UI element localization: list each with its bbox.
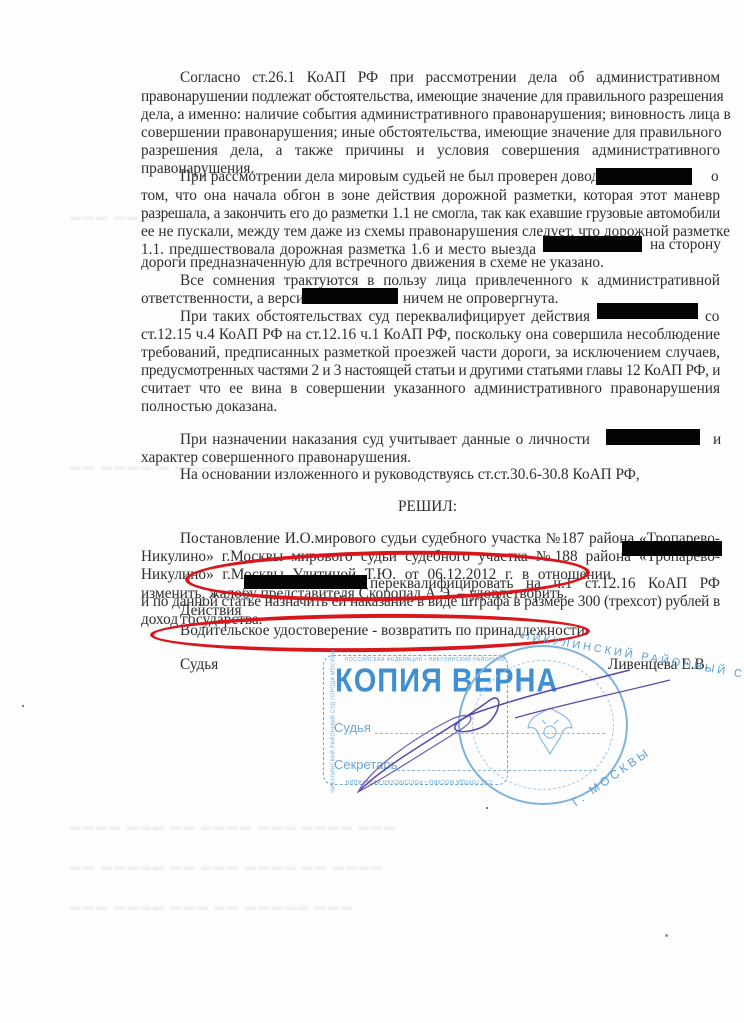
redaction-box — [302, 288, 398, 304]
paragraph-line: разрешения дела, а также причины и услов… — [141, 142, 720, 160]
signature-label: Судья — [180, 656, 218, 674]
paragraph-line: Все сомнения трактуются в пользу лица пр… — [180, 272, 720, 290]
paragraph-line: совершении правонарушения; иные обстояте… — [141, 124, 720, 142]
decision-heading: РЕШИЛ: — [398, 498, 457, 516]
paragraph-line: о — [711, 168, 719, 186]
paragraph-line: При рассмотрении дела мировым судьей не … — [180, 168, 590, 186]
paragraph-line: характер совершенного правонарушения. — [141, 449, 411, 467]
redaction-box — [622, 541, 722, 556]
scan-speck — [486, 807, 488, 809]
bleed-through-text: ▬▬▬ ▬▬▬▬ ▬▬▬ ▬▬ ▬▬▬▬▬ ▬▬▬ — [70, 900, 694, 914]
paragraph-line: дороги предназначенную для встречного дв… — [141, 254, 604, 272]
redaction-box — [543, 236, 642, 252]
paragraph-line: правонарушении подлежат обстоятельства, … — [141, 88, 720, 106]
paragraph-line: считает что ее вина в совершении указанн… — [141, 380, 720, 398]
paragraph-line: ст.12.15 ч.4 КоАП РФ на ст.12.16 ч.1 КоА… — [141, 326, 720, 344]
paragraph-line: При назначении наказания суд учитывает д… — [180, 431, 590, 449]
paragraph-line: ответственности, а версия — [141, 290, 311, 308]
paragraph-line: При таких обстоятельствах суд переквалиф… — [180, 308, 590, 326]
paragraph-line: На основании изложенного и руководствуяс… — [180, 466, 640, 484]
paragraph-line: ничем не опровергнута. — [403, 290, 558, 308]
scan-speck — [665, 934, 668, 937]
bleed-through-text: ▬▬ ▬▬▬▬▬ ▬▬ ▬▬▬ ▬▬▬▬ ▬▬ ▬▬▬▬ — [70, 860, 694, 874]
redaction-box — [606, 429, 700, 445]
paragraph-line: дела, а именно: наличие события админист… — [141, 106, 720, 124]
scanned-document-page: ▬▬▬ ▬▬ ▬▬▬▬ ▬▬ ▬▬▬ ▬▬▬▬▬ ▬▬ ▬▬▬ ▬▬ ▬▬▬▬ … — [0, 0, 744, 1023]
paragraph-line: полностью доказана. — [141, 398, 277, 416]
paragraph-line: предусмотренных частями 2 и 3 настоящей … — [141, 362, 720, 380]
paragraph-line: Согласно ст.26.1 КоАП РФ при рассмотрени… — [180, 69, 720, 87]
redaction-box — [596, 168, 692, 185]
paragraph-line: разрешала, а закончить его до разметки 1… — [141, 205, 720, 223]
redaction-box — [597, 303, 698, 319]
paragraph-line: на сторону — [650, 236, 720, 254]
paragraph-line: том, что она начала обгон в зоне действи… — [141, 187, 720, 205]
handwritten-signature — [330, 660, 730, 800]
bleed-through-text: ▬▬▬▬ ▬▬▬ ▬▬ ▬▬▬▬ ▬▬▬ ▬▬▬▬ ▬▬▬ — [70, 820, 694, 834]
paragraph-line: требований, предписанных разметкой проез… — [141, 344, 720, 362]
scan-speck — [22, 705, 24, 707]
paragraph-line: и — [713, 431, 721, 449]
paragraph-line: со — [705, 308, 719, 326]
